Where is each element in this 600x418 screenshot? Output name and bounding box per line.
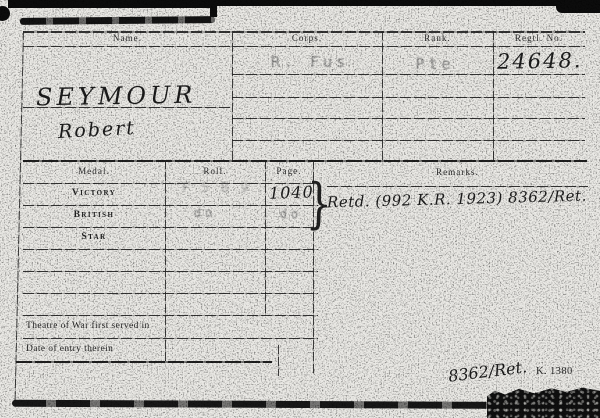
regtl-no-column-header: Regtl. No.	[493, 33, 585, 43]
empty-row3-line	[23, 315, 318, 316]
british-roll-ditto-stamp: do	[165, 206, 245, 220]
page-column-header: Page.	[265, 166, 313, 176]
medal-roll-divider	[165, 160, 166, 361]
corps-stamp-value: R. Fus	[250, 53, 370, 71]
corps-column-header: Corps.	[232, 33, 382, 43]
medal-row-victory-label: Victory	[23, 188, 165, 198]
name-column-header: Name.	[23, 33, 232, 43]
roll-page-divider	[265, 160, 266, 316]
roll-column-header: Roll.	[165, 166, 265, 176]
scan-edge-top-left	[8, 0, 214, 8]
form-number: K. 1380	[536, 366, 573, 377]
medal-index-card-scan: Name. Corps. Rank. Regtl. No. R. Fus Pte…	[0, 0, 600, 418]
name-corps-divider	[232, 31, 233, 160]
medal-column-header: Medal.	[23, 166, 165, 176]
surname-value: SEYMOUR	[36, 81, 197, 112]
date-of-entry-label: Date of entry therein	[26, 344, 113, 354]
british-row-line	[23, 227, 318, 228]
star-row-line	[23, 249, 318, 250]
service-row3-line	[232, 118, 585, 119]
footer-stub-divider	[278, 345, 279, 376]
corps-rank-divider	[382, 31, 383, 160]
forename-value: Robert	[57, 117, 136, 143]
scan-corner-black-blob	[487, 387, 600, 418]
service-row1-line	[232, 74, 585, 75]
reference-note-value: 8362/Ret.	[447, 357, 528, 386]
victory-roll-stamp: F 5 B 9	[170, 181, 262, 196]
remarks-column-header: Remarks.	[330, 167, 585, 177]
scan-edge-top-notch	[210, 0, 217, 17]
rank-column-header: Rank.	[382, 33, 493, 43]
medal-row-british-label: British	[23, 210, 165, 220]
theatre-of-war-label: Theatre of War first served in	[26, 321, 150, 331]
card-top-edge-shadow	[20, 16, 215, 25]
scan-edge-top-right-blob	[556, 0, 600, 13]
medal-row-star-label: Star	[23, 232, 165, 242]
rank-regtl-divider	[493, 31, 494, 160]
punch-hole-shadow	[0, 6, 10, 21]
british-page-ditto-stamp: do	[272, 207, 310, 221]
remarks-note-value: Retd. (992 K.R. 1923) 8362/Ret.	[327, 187, 587, 212]
service-row4-line	[232, 140, 585, 141]
empty-row2-line	[23, 293, 318, 294]
service-row2-line	[232, 97, 585, 98]
rank-stamp-value: Pte	[395, 55, 475, 73]
header-underline	[23, 46, 585, 47]
theatre-row-line	[23, 338, 318, 339]
scan-edge-top-right	[214, 0, 600, 6]
regimental-number-value: 24648.	[497, 48, 583, 73]
empty-row1-line	[23, 271, 318, 272]
mid-divider-line	[23, 160, 587, 162]
card-bottom-line	[16, 361, 272, 363]
